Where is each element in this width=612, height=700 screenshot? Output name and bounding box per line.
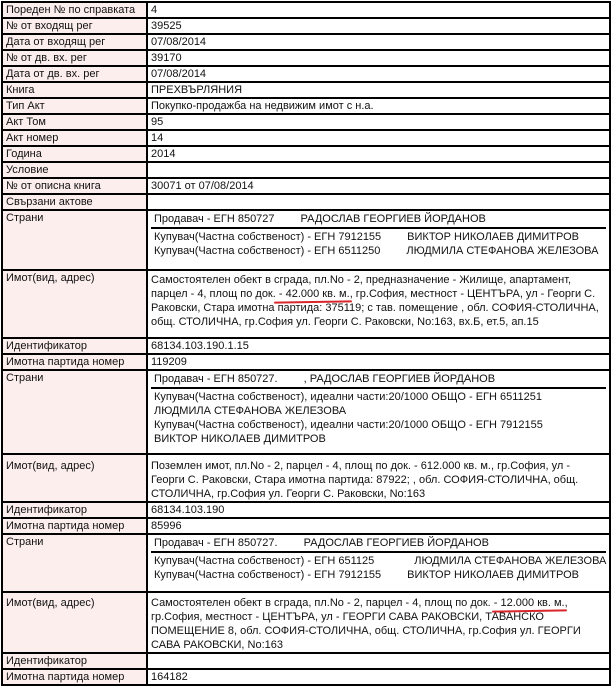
parties-row: Страни Продавач - ЕГН 850727., РАДОСЛАВ … (2, 370, 610, 454)
field-label: Имотна партида номер (2, 669, 147, 685)
field-label: Имот(вид, адрес) (2, 454, 147, 502)
buyer-name: ВИКТОР НИКОЛАЕВ ДИМИТРОВ (407, 231, 579, 243)
buyer-prefix: Купувач(Частна собственост), идеални час… (154, 419, 543, 431)
field-label: Дата от дв. вх. рег (2, 66, 147, 82)
redaction-mark (278, 538, 304, 548)
field-label: Книга (2, 82, 147, 98)
parties-row: Страни Продавач - ЕГН 850727.РАДОСЛАВ ГЕ… (2, 534, 610, 592)
buyers-list: Купувач(Частна собственост), идеални час… (151, 389, 606, 453)
redaction-mark (381, 232, 407, 242)
seller-name: , РАДОСЛАВ ГЕОРГИЕВ ЙОРДАНОВ (304, 373, 495, 385)
field-row-year: Година 2014 (2, 146, 610, 162)
field-value: 07/08/2014 (147, 66, 610, 82)
buyer-name: ЛЮДМИЛА СТЕФАНОВА ЖЕЛЕЗОВА (406, 245, 598, 257)
lot-number-row: Имотна партида номер 119209 (2, 354, 610, 370)
field-value (147, 162, 610, 178)
buyers-list: Купувач(Частна собственост) - ЕГН 651125… (151, 553, 606, 591)
field-label: Имотна партида номер (2, 518, 147, 534)
field-value (147, 194, 610, 210)
lot-number-value: 119209 (147, 354, 610, 370)
redaction-mark (543, 420, 569, 430)
seller-entry: Продавач - ЕГН 850727.РАДОСЛАВ ГЕОРГИЕВ … (151, 535, 606, 553)
field-label: Акт Том (2, 114, 147, 130)
field-label: Дата от входящ рег (2, 34, 147, 50)
field-label: Пореден № по справката (2, 2, 147, 18)
redaction-mark (381, 570, 407, 580)
field-value: 30071 от 07/08/2014 (147, 178, 610, 194)
redaction-mark (374, 556, 414, 566)
buyer-entry: Купувач(Частна собственост) - ЕГН 791215… (154, 230, 603, 244)
field-value: 95 (147, 114, 610, 130)
seller-name: РАДОСЛАВ ГЕОРГИЕВ ЙОРДАНОВ (304, 537, 489, 549)
field-row-related-acts: Свързани актове (2, 194, 610, 210)
field-label: Акт номер (2, 130, 147, 146)
property-row: Имот(вид, адрес) Поземлен имот, пл.No - … (2, 454, 610, 502)
buyer-prefix: Купувач(Частна собственост) - ЕГН 651125… (154, 245, 380, 257)
identifier-value (147, 653, 610, 669)
parties-row: Страни Продавач - ЕГН 850727РАДОСЛАВ ГЕО… (2, 210, 610, 270)
field-value: 39525 (147, 18, 610, 34)
buyer-name: ВИКТОР НИКОЛАЕВ ДИМИТРОВ (407, 569, 579, 581)
field-label: Година (2, 146, 147, 162)
field-label: Имот(вид, адрес) (2, 270, 147, 338)
seller-prefix: Продавач - ЕГН 850727 (154, 213, 275, 225)
buyer-entry: Купувач(Частна собственост) - ЕГН 791215… (154, 568, 603, 582)
field-value: 4 (147, 2, 610, 18)
redaction-mark (278, 374, 304, 384)
field-label: Условие (2, 162, 147, 178)
property-description: Поземлен имот, пл.No - 2, парцел - 4, пл… (147, 454, 610, 502)
parties-cell: Продавач - ЕГН 850727РАДОСЛАВ ГЕОРГИЕВ Й… (147, 210, 610, 270)
identifier-value: 68134.103.190 (147, 502, 610, 518)
buyer-prefix: Купувач(Частна собственост), идеални час… (154, 391, 542, 403)
seller-prefix: Продавач - ЕГН 850727. (154, 537, 278, 549)
field-row-act-volume: Акт Том 95 (2, 114, 610, 130)
field-row-double-reg-date: Дата от дв. вх. рег 07/08/2014 (2, 66, 610, 82)
buyer-entry: Купувач(Частна собственост) - ЕГН 651125… (154, 554, 603, 568)
seller-entry: Продавач - ЕГН 850727., РАДОСЛАВ ГЕОРГИЕ… (151, 371, 606, 389)
redaction-mark (275, 214, 301, 224)
buyer-entry: Купувач(Частна собственост), идеални час… (154, 390, 603, 418)
identifier-row: Идентификатор 68134.103.190 (2, 502, 610, 518)
field-row-act-number: Акт номер 14 (2, 130, 610, 146)
buyer-prefix: Купувач(Частна собственост) - ЕГН 791215… (154, 569, 381, 581)
field-label: Имотна партида номер (2, 354, 147, 370)
field-value: 2014 (147, 146, 610, 162)
field-value: 39170 (147, 50, 610, 66)
field-label: № от входящ рег (2, 18, 147, 34)
field-row-double-reg-number: № от дв. вх. рег 39170 (2, 50, 610, 66)
buyers-list: Купувач(Частна собственост) - ЕГН 791215… (151, 229, 606, 269)
identifier-value: 68134.103.190.1.15 (147, 338, 610, 354)
field-label: № от дв. вх. рег (2, 50, 147, 66)
field-row-incoming-reg-date: Дата от входящ рег 07/08/2014 (2, 34, 610, 50)
buyer-entry: Купувач(Частна собственост), идеални час… (154, 418, 603, 446)
field-label: Имот(вид, адрес) (2, 592, 147, 653)
field-value: ПРЕХВЪРЛЯНИЯ (147, 82, 610, 98)
field-row-reference-number: Пореден № по справката 4 (2, 2, 610, 18)
lot-number-value: 164182 (147, 669, 610, 685)
field-label: Страни (2, 370, 147, 454)
field-label: Тип Акт (2, 98, 147, 114)
field-value: 07/08/2014 (147, 34, 610, 50)
property-register-report: Пореден № по справката 4 № от входящ рег… (1, 1, 611, 686)
redaction-mark (380, 246, 406, 256)
field-value: 14 (147, 130, 610, 146)
identifier-row: Идентификатор (2, 653, 610, 669)
field-label: Идентификатор (2, 338, 147, 354)
redaction-mark (542, 392, 568, 402)
field-label: Идентификатор (2, 502, 147, 518)
identifier-row: Идентификатор 68134.103.190.1.15 (2, 338, 610, 354)
lot-number-row: Имотна партида номер 164182 (2, 669, 610, 685)
buyer-name: ЛЮДМИЛА СТЕФАНОВА ЖЕЛЕЗОВА (414, 555, 606, 567)
field-row-act-type: Тип Акт Покупко-продажба на недвижим имо… (2, 98, 610, 114)
property-row: Имот(вид, адрес) Самостоятелен обект в с… (2, 270, 610, 338)
parties-cell: Продавач - ЕГН 850727.РАДОСЛАВ ГЕОРГИЕВ … (147, 534, 610, 592)
buyer-prefix: Купувач(Частна собственост) - ЕГН 651125 (154, 555, 374, 567)
seller-prefix: Продавач - ЕГН 850727. (154, 373, 278, 385)
seller-name: РАДОСЛАВ ГЕОРГИЕВ ЙОРДАНОВ (301, 213, 486, 225)
field-label: Идентификатор (2, 653, 147, 669)
parties-cell: Продавач - ЕГН 850727., РАДОСЛАВ ГЕОРГИЕ… (147, 370, 610, 454)
property-description: Самостоятелен обект в сграда, пл.No - 2,… (147, 592, 610, 653)
seller-entry: Продавач - ЕГН 850727РАДОСЛАВ ГЕОРГИЕВ Й… (151, 211, 606, 229)
field-row-condition: Условие (2, 162, 610, 178)
field-label: № от описна книга (2, 178, 147, 194)
field-label: Страни (2, 210, 147, 270)
lot-number-value: 85996 (147, 518, 610, 534)
field-label: Свързани актове (2, 194, 147, 210)
lot-number-row: Имотна партида номер 85996 (2, 518, 610, 534)
highlighted-area: - 12.000 кв. м. (494, 597, 565, 609)
property-text: Поземлен имот, пл.No - 2, парцел - 4, пл… (151, 460, 578, 500)
highlighted-area: - 42.000 кв. м. (276, 288, 350, 300)
field-value: Покупко-продажба на недвижим имот с н.а. (147, 98, 610, 114)
field-label: Страни (2, 534, 147, 592)
field-row-incoming-reg-number: № от входящ рег 39525 (2, 18, 610, 34)
property-text: Самостоятелен обект в сграда, пл.No - 2,… (151, 597, 494, 609)
property-row: Имот(вид, адрес) Самостоятелен обект в с… (2, 592, 610, 653)
buyer-name: ЛЮДМИЛА СТЕФАНОВА ЖЕЛЕЗОВА (154, 405, 346, 417)
buyer-name: ВИКТОР НИКОЛАЕВ ДИМИТРОВ (154, 433, 326, 445)
buyer-entry: Купувач(Частна собственост) - ЕГН 651125… (154, 244, 603, 258)
buyer-prefix: Купувач(Частна собственост) - ЕГН 791215… (154, 231, 381, 243)
property-description: Самостоятелен обект в сграда, пл.No - 2,… (147, 270, 610, 338)
field-row-inventory-book-number: № от описна книга 30071 от 07/08/2014 (2, 178, 610, 194)
field-row-book: Книга ПРЕХВЪРЛЯНИЯ (2, 82, 610, 98)
